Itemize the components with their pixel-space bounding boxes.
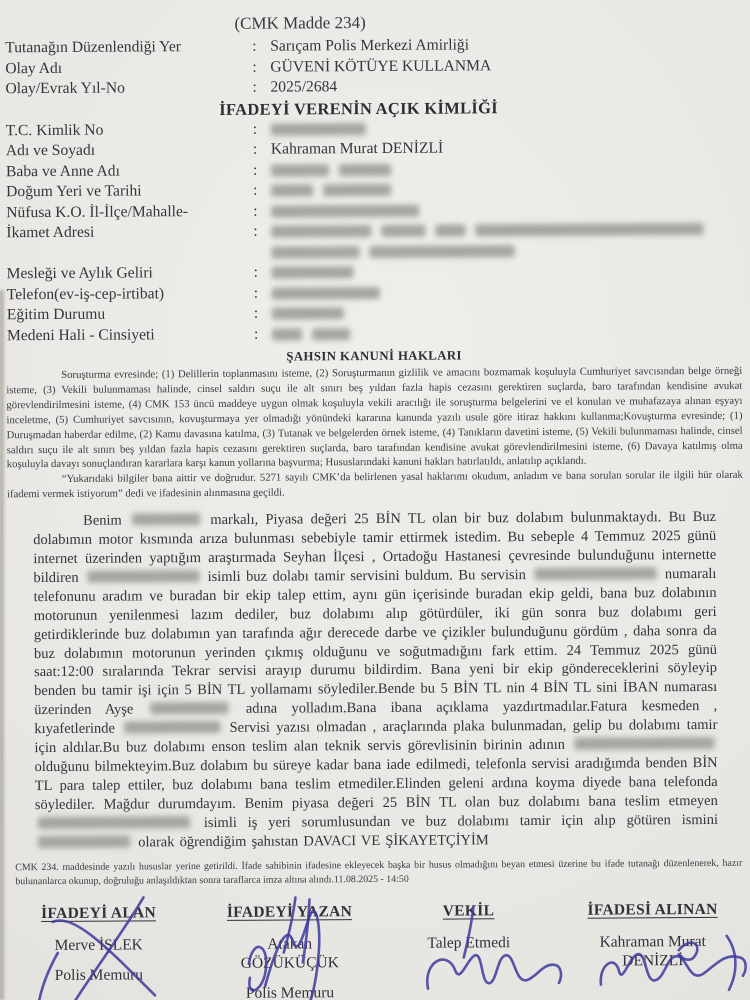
field-label: Telefon(ev-iş-cep-irtibat): [7, 283, 254, 305]
statement-paragraph: Benim markalı, Piyasa değeri 25 BİN TL o…: [33, 508, 718, 852]
field-value: [272, 321, 749, 344]
redacted-line: [271, 116, 748, 139]
redacted-line: [272, 321, 749, 344]
redacted-blur: [574, 737, 714, 750]
redacted-line: [271, 219, 748, 242]
signature-title: İFADESİ ALINAN: [552, 901, 750, 920]
redacted-line: [271, 198, 748, 221]
field-value: [271, 178, 748, 201]
field-label: Olay Adı: [5, 57, 252, 79]
redacted-blur: [475, 223, 703, 236]
field-label: Tutanağın Düzenlendiği Yer: [5, 37, 252, 59]
redacted-line: [271, 157, 748, 180]
redacted-blur: [87, 570, 199, 583]
field-value: [272, 260, 749, 283]
colon: :: [253, 181, 271, 202]
redacted-blur: [272, 286, 380, 299]
scan-shadow-edge: [0, 290, 6, 1000]
rights-paragraph: Soruşturma evresinde; (1) Delillerin top…: [6, 364, 743, 473]
field-value: Kahraman Murat DENİZLİ: [271, 137, 748, 160]
redacted-blur: [271, 184, 313, 196]
redacted-blur: [271, 204, 419, 217]
redacted-blur: [272, 307, 344, 319]
signature-name: Merve İŞLEK: [3, 935, 195, 955]
document-page: (CMK Madde 234) Tutanağın Düzenlendiği Y…: [0, 0, 750, 1000]
redacted-blur: [151, 702, 229, 714]
redacted-blur: [38, 835, 130, 848]
redacted-line: [272, 301, 749, 324]
redacted-blur: [381, 225, 425, 237]
colon: :: [254, 283, 272, 304]
colon: :: [254, 324, 272, 345]
colon: :: [252, 57, 270, 78]
field-value: [271, 157, 748, 180]
redacted-blur: [272, 266, 354, 279]
field-row: İkamet Adresi:: [0, 219, 749, 265]
field-label: Medeni Hali - Cinsiyeti: [7, 324, 254, 346]
signature-name: Talep Etmedi: [385, 933, 553, 953]
signature-section: İFADEYİ ALANMerve İŞLEKPolis MemuruİFADE…: [2, 901, 750, 1000]
redacted-blur: [339, 163, 391, 175]
signature-column: VEKİLTalep Etmedi: [384, 902, 553, 1000]
colon: :: [253, 119, 271, 140]
rights-quote: “Yukarıdaki bilgiler bana aittir ve doğr…: [7, 468, 743, 502]
colon: :: [252, 37, 270, 58]
redacted-blur: [271, 164, 329, 176]
colon: :: [253, 160, 271, 181]
signature-name: Atakan GÖZÜKÜÇÜK: [195, 934, 385, 973]
document-subtitle: (CMK Madde 234): [0, 11, 675, 36]
redacted-blur: [534, 567, 656, 580]
redacted-line: [272, 260, 749, 283]
identity-section: T.C. Kimlik No:Adı ve Soyadı:Kahraman Mu…: [0, 116, 749, 346]
field-value: GÜVENİ KÖTÜYE KULLANMA: [270, 54, 747, 77]
redacted-blur: [271, 225, 371, 238]
colon: :: [252, 78, 270, 99]
field-label: Nüfusa K.O. İl-İlçe/Mahalle-: [6, 201, 253, 223]
redacted-blur: [271, 246, 359, 259]
field-label: Baba ve Anne Adı: [6, 160, 253, 182]
redacted-line: [271, 178, 748, 201]
meta-section: Tutanağın Düzenlendiği Yer:Sarıçam Polis…: [0, 34, 748, 100]
closing-note: CMK 234. maddesinde yazılı hususlar yeri…: [15, 857, 742, 889]
redacted-blur: [132, 513, 200, 525]
field-value: 2025/2684: [270, 75, 747, 98]
redacted-blur: [369, 245, 514, 258]
field-value: [271, 116, 748, 139]
field-value: [271, 198, 748, 221]
field-label: Olay/Evrak Yıl-No: [5, 78, 252, 100]
redacted-blur: [435, 224, 465, 236]
redacted-blur: [271, 123, 366, 136]
field-value: [271, 219, 748, 263]
field-label: Mesleği ve Aylık Geliri: [7, 263, 254, 285]
colon: :: [253, 222, 271, 263]
field-label: İkamet Adresi: [6, 222, 253, 265]
colon: :: [254, 263, 272, 284]
field-value: [272, 301, 749, 324]
colon: :: [253, 201, 271, 222]
field-value: [272, 280, 749, 303]
redacted-blur: [124, 721, 220, 734]
signature-title: İFADEYİ ALAN: [2, 904, 194, 923]
redacted-blur: [38, 816, 190, 829]
field-label: T.C. Kimlik No: [6, 119, 253, 141]
redacted-blur: [312, 328, 350, 340]
redacted-blur: [323, 184, 391, 196]
signature-title: İFADEYİ YAZAN: [194, 903, 384, 922]
redacted-line: [271, 239, 748, 262]
signature-column: İFADEYİ ALANMerve İŞLEKPolis Memuru: [2, 904, 195, 1000]
field-value: Sarıçam Polis Merkezi Amirliği: [270, 34, 747, 57]
signature-role: Polis Memuru: [3, 966, 195, 985]
field-label: Doğum Yeri ve Tarihi: [6, 181, 253, 203]
field-label: Adı ve Soyadı: [6, 140, 253, 162]
redacted-line: [272, 280, 749, 303]
signature-column: İFADEYİ YAZANAtakan GÖZÜKÜÇÜKPolis Memur…: [194, 903, 385, 1000]
redacted-blur: [272, 328, 302, 340]
colon: :: [253, 140, 271, 161]
signature-column: İFADESİ ALINANKahraman Murat DENİZLİ: [552, 901, 750, 1000]
signature-role: Polis Memuru: [195, 984, 385, 1000]
signature-name: Kahraman Murat DENİZLİ: [553, 932, 750, 971]
signature-title: VEKİL: [384, 902, 552, 921]
field-label: Eğitim Durumu: [7, 304, 254, 326]
scanned-content: (CMK Madde 234) Tutanağın Düzenlendiği Y…: [0, 0, 750, 1000]
rights-section-title: ŞAHSIN KANUNİ HAKLARI: [0, 347, 749, 367]
colon: :: [254, 304, 272, 325]
field-row: Medeni Hali - Cinsiyeti:: [0, 321, 749, 346]
